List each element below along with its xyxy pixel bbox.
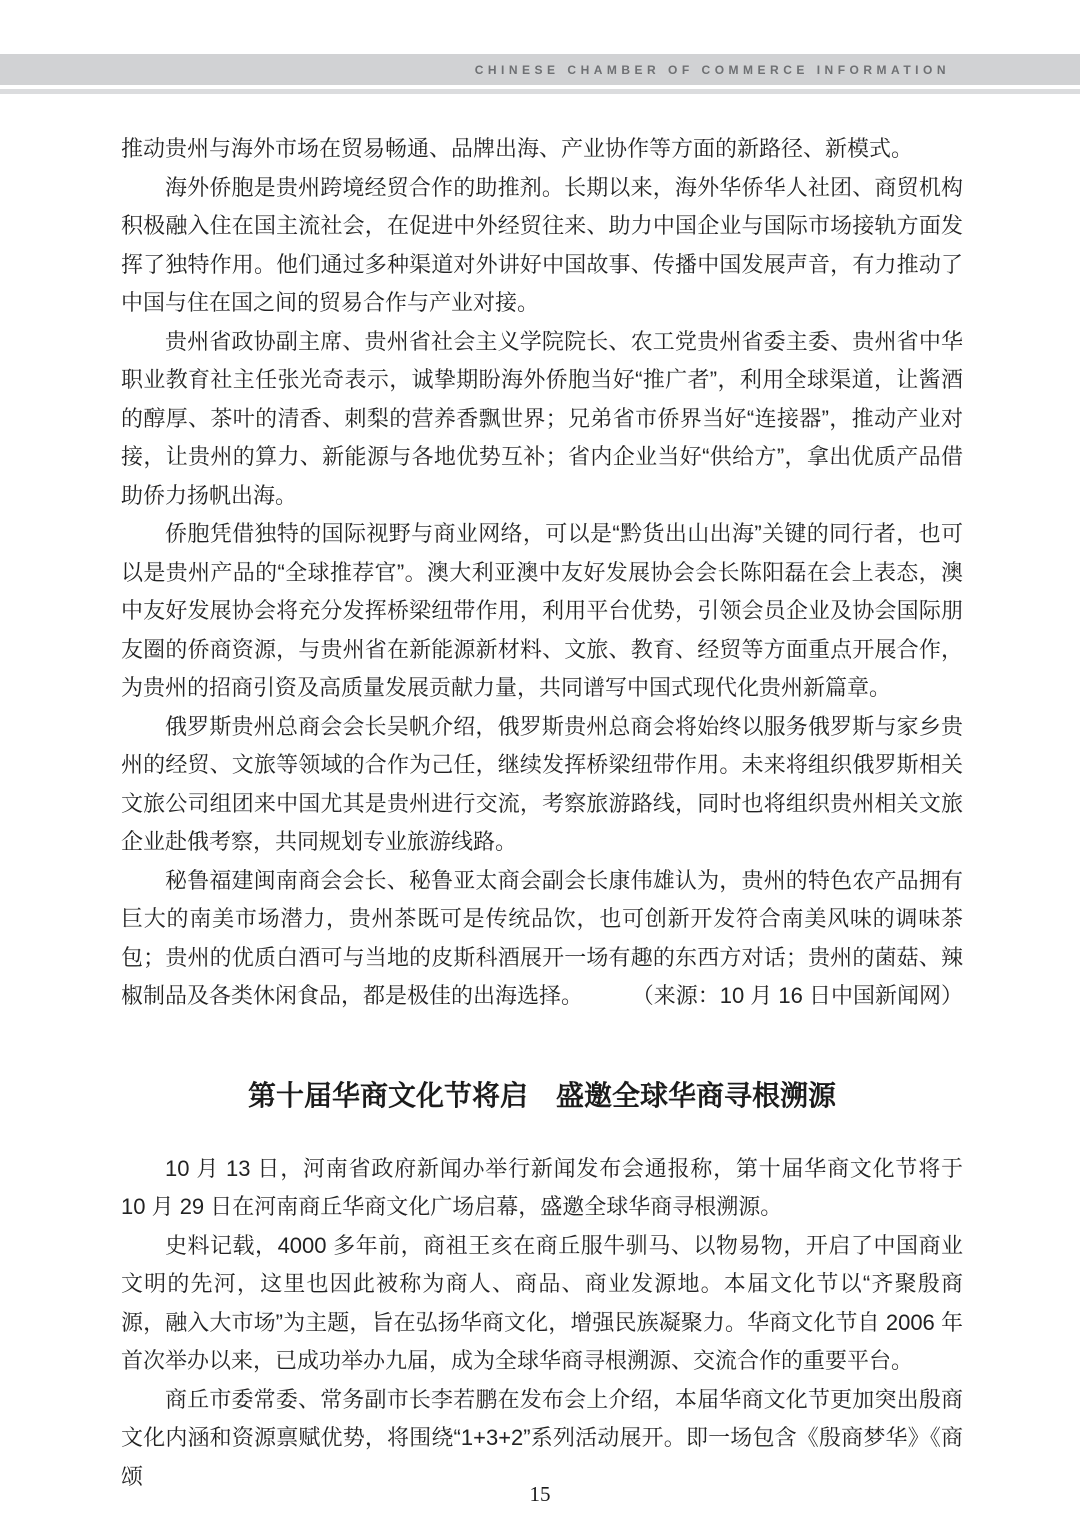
- document-page: CHINESE CHAMBER OF COMMERCE INFORMATION …: [0, 0, 1080, 1525]
- page-number: 15: [0, 1482, 1080, 1507]
- header-banner-text: CHINESE CHAMBER OF COMMERCE INFORMATION: [475, 63, 950, 77]
- paragraph: 10 月 13 日，河南省政府新闻办举行新闻发布会通报称，第十届华商文化节将于 …: [121, 1150, 963, 1227]
- paragraph: 侨胞凭借独特的国际视野与商业网络，可以是“黔货出山出海”关键的同行者，也可以是贵…: [121, 515, 963, 708]
- paragraph: 贵州省政协副主席、贵州省社会主义学院院长、农工党贵州省委主委、贵州省中华职业教育…: [121, 323, 963, 516]
- paragraph-truncated: 商丘市委常委、常务副市长李若鹏在发布会上介绍，本届华商文化节更加突出殷商文化内涵…: [121, 1381, 963, 1497]
- paragraph-continuation: 推动贵州与海外市场在贸易畅通、品牌出海、产业协作等方面的新路径、新模式。: [121, 130, 963, 169]
- paragraph-with-source: 秘鲁福建闽南商会会长、秘鲁亚太商会副会长康伟雄认为，贵州的特色农产品拥有巨大的南…: [121, 862, 963, 1016]
- paragraph: 海外侨胞是贵州跨境经贸合作的助推剂。长期以来，海外华侨华人社团、商贸机构积极融入…: [121, 169, 963, 323]
- article-title: 第十届华商文化节将启 盛邀全球华商寻根溯源: [121, 1076, 963, 1116]
- paragraph: 俄罗斯贵州总商会会长吴帆介绍，俄罗斯贵州总商会将始终以服务俄罗斯与家乡贵州的经贸…: [121, 708, 963, 862]
- header-banner: CHINESE CHAMBER OF COMMERCE INFORMATION: [0, 54, 1080, 85]
- paragraph: 史料记载，4000 多年前，商祖王亥在商丘服牛驯马、以物易物，开启了中国商业文明…: [121, 1227, 963, 1381]
- article-content: 推动贵州与海外市场在贸易畅通、品牌出海、产业协作等方面的新路径、新模式。 海外侨…: [0, 94, 1080, 1496]
- top-margin: [0, 0, 1080, 54]
- source-attribution: （来源：10 月 16 日中国新闻网）: [632, 977, 963, 1016]
